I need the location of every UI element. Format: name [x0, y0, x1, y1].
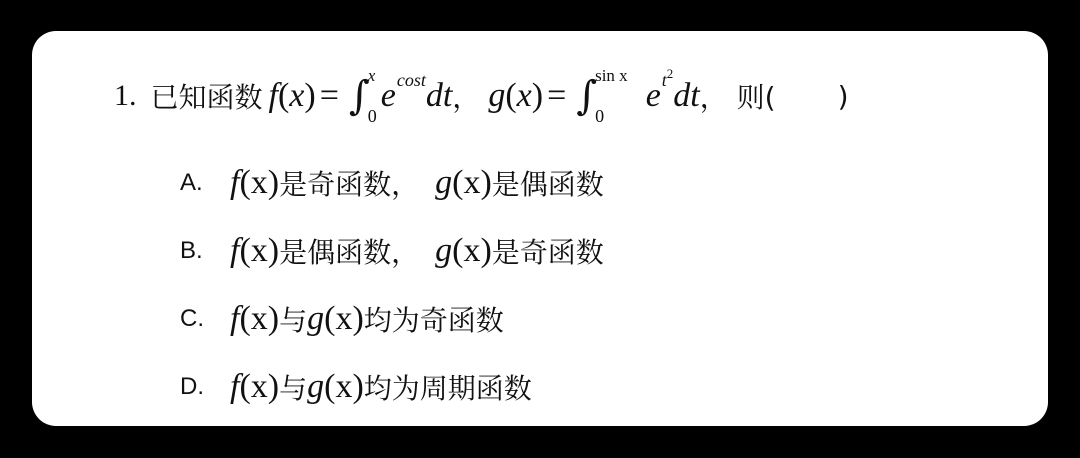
f-definition: f (x) = ∫ x 0 e cost dt [269, 67, 453, 125]
integral-sign: ∫ x 0 [349, 67, 377, 125]
option-b[interactable]: B. f(x) 是偶函数， g(x) 是奇函数 [180, 217, 604, 285]
question-number: 1. [114, 79, 137, 113]
question-intro: 已知函数 [151, 76, 263, 116]
option-c[interactable]: C. f(x) 与 g(x) 均为奇函数 [180, 285, 604, 353]
question-stem: 1. 已知函数 f (x) = ∫ x 0 e cost dt ， g (x) … [114, 61, 849, 131]
close-paren: ) [838, 80, 849, 113]
option-a[interactable]: A. f(x) 是奇函数， g(x) 是偶函数 [180, 149, 604, 217]
then-text: ， 则( [700, 76, 776, 116]
g-definition: g (x) = ∫ sin x 0 e t2 dt [488, 67, 699, 125]
question-card: 1. 已知函数 f (x) = ∫ x 0 e cost dt ， g (x) … [32, 31, 1048, 426]
option-d[interactable]: D. f(x) 与 g(x) 均为周期函数 [180, 353, 604, 421]
options-list: A. f(x) 是奇函数， g(x) 是偶函数 B. f(x) 是偶函数， g(… [180, 149, 604, 421]
comma: ， [452, 76, 480, 116]
integral-sign: ∫ sin x 0 [576, 67, 627, 125]
